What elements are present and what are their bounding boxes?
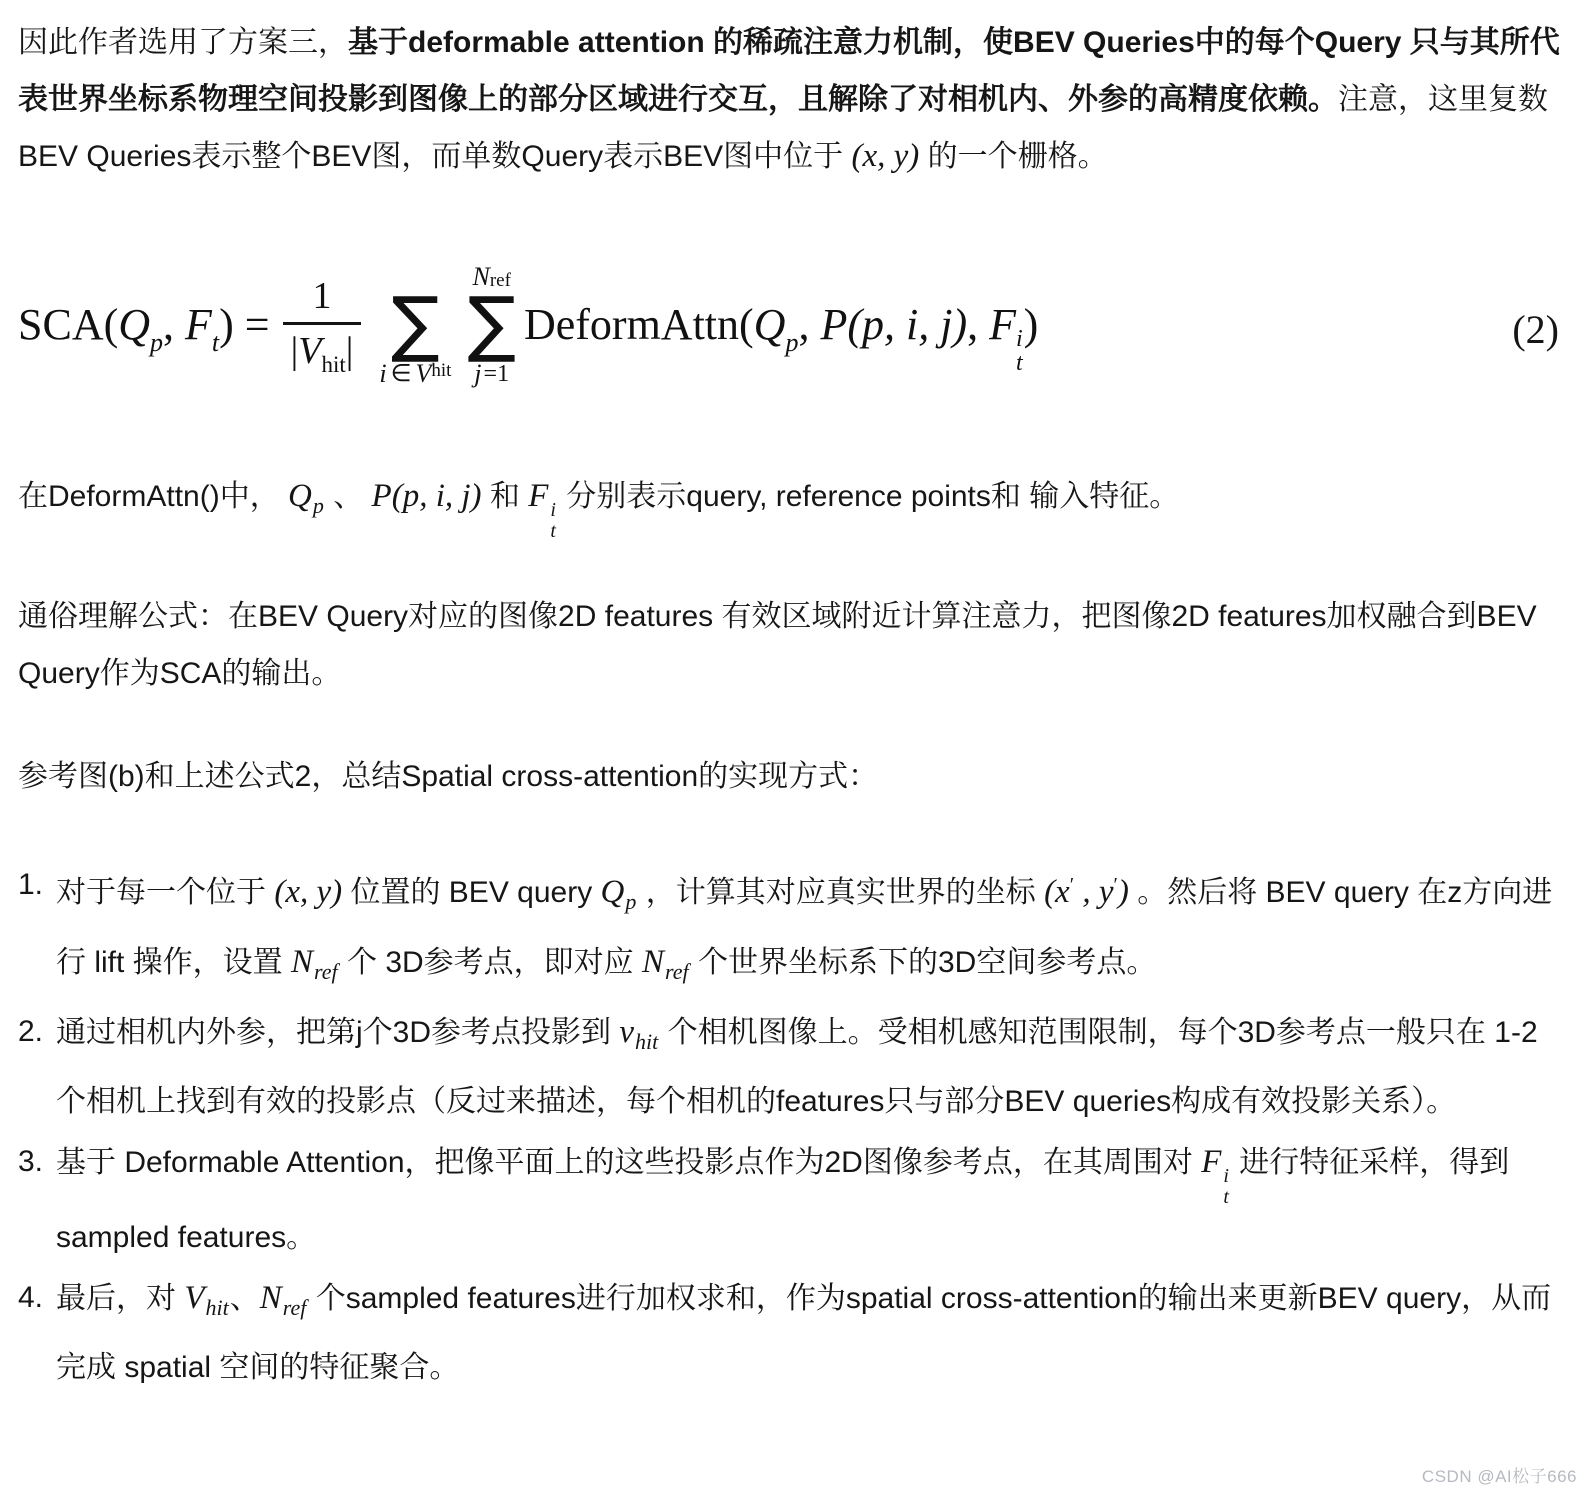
eq-f-subscript: t xyxy=(1016,351,1023,375)
eq-lhs-fn: SCA( xyxy=(18,301,118,350)
text-run: N xyxy=(260,1280,282,1316)
text-run: hit xyxy=(206,1295,229,1320)
text-run: (x, y) xyxy=(274,874,342,910)
text-run: v xyxy=(619,1014,634,1050)
text-run: , y xyxy=(1074,874,1113,910)
eq-q-symbol: Q xyxy=(118,301,150,350)
vhit-subscript: hit xyxy=(321,352,345,377)
text-run: ref xyxy=(665,959,689,984)
fraction-numerator: 1 xyxy=(304,276,339,322)
step-index: 4. xyxy=(18,1268,56,1398)
text-run: ，计算其对应真实世界的坐标 xyxy=(637,876,1044,909)
text-run: 、 xyxy=(325,480,372,513)
text-run: 、 xyxy=(230,1282,260,1315)
text-run: N xyxy=(642,944,664,980)
step-text: 基于 Deformable Attention，把像平面上的这些投影点作为2D图… xyxy=(56,1132,1573,1268)
text-run: 个世界坐标系下的3D空间参考点。 xyxy=(690,946,1157,979)
equation-block: SCA(Qp, Ft) = 1|Vhit|∑i∈VhitNref∑j=1Defo… xyxy=(18,237,1573,422)
eq-f-superscript: i xyxy=(1016,327,1023,351)
text-run: N xyxy=(291,944,313,980)
step-text: 最后，对 Vhit、Nref 个sampled features进行加权求和，作… xyxy=(56,1268,1573,1398)
text-run: 基于 Deformable Attention，把像平面上的这些投影点作为2D图… xyxy=(56,1146,1201,1179)
text-run: p xyxy=(625,889,636,914)
text-run: V xyxy=(184,1280,204,1316)
text-run: Q xyxy=(601,874,625,910)
step-text: 对于每一个位于 (x, y) 位置的 BEV query Qp ，计算其对应真实… xyxy=(56,855,1573,1002)
sigma-icon: ∑ xyxy=(467,290,516,356)
text-run: 的一个栅格。 xyxy=(919,140,1107,173)
text-run: 参考图(b)和上述公式2，总结Spatial cross-attention的实… xyxy=(18,760,878,793)
text-run: 对于每一个位于 xyxy=(56,876,274,909)
step-item-2: 2. 通过相机内外参，把第j个3D参考点投影到 vhit 个相机图像上。受相机感… xyxy=(18,1002,1573,1132)
csdn-watermark: CSDN @AI松子666 xyxy=(1422,1462,1577,1487)
sigma-icon: ∑ xyxy=(391,290,440,356)
steps-list: 1. 对于每一个位于 (x, y) 位置的 BEV query Qp ，计算其对… xyxy=(18,855,1573,1398)
eq-comma: , xyxy=(163,301,185,350)
text-run: 最后，对 xyxy=(56,1282,184,1315)
paragraph-plain-explanation: 通俗理解公式：在BEV Query对应的图像2D features 有效区域附近… xyxy=(18,588,1573,702)
equation-sca: SCA(Qp, Ft) = 1|Vhit|∑i∈VhitNref∑j=1Defo… xyxy=(18,256,1038,402)
eq-f-symbol: F xyxy=(989,301,1016,350)
text-run: ) xyxy=(1118,874,1129,910)
text-run: hit xyxy=(635,1029,658,1054)
text-run: 因此作者选用了方案三， xyxy=(18,26,348,59)
text-run: it xyxy=(550,500,556,542)
step-item-3: 3. 基于 Deformable Attention，把像平面上的这些投影点作为… xyxy=(18,1132,1573,1268)
fraction-one-over-vhit: 1|Vhit| xyxy=(283,276,362,377)
eq-deformattn-fn: DeformAttn( xyxy=(524,301,754,350)
text-run: 位置的 BEV query xyxy=(342,876,600,909)
eq-p-args: (p, i, j) xyxy=(847,301,967,350)
step-item-4: 4. 最后，对 Vhit、Nref 个sampled features进行加权求… xyxy=(18,1268,1573,1398)
text-run: ref xyxy=(283,1295,307,1320)
fraction-denominator: |Vhit| xyxy=(283,322,362,377)
vhit-symbol: V xyxy=(298,330,321,372)
equation-number: (2) xyxy=(1512,306,1573,353)
text-run: (x, y) xyxy=(852,138,920,174)
eq-f-symbol: F xyxy=(185,301,212,350)
paragraph-deformattn-note: 在DeformAttn()中， Qp 、 P(p, i, j) 和 Fit 分别… xyxy=(18,468,1573,542)
article-body: 因此作者选用了方案三，基于deformable attention 的稀疏注意力… xyxy=(0,0,1593,1508)
text-run: 和 xyxy=(482,480,529,513)
eq-q-subscript: p xyxy=(785,329,798,358)
text-run: 通过相机内外参，把第j个3D参考点投影到 xyxy=(56,1016,619,1049)
paragraph-intro: 因此作者选用了方案三，基于deformable attention 的稀疏注意力… xyxy=(18,8,1573,185)
step-item-1: 1. 对于每一个位于 (x, y) 位置的 BEV query Qp ，计算其对… xyxy=(18,855,1573,1002)
paragraph-summary-lead: 参考图(b)和上述公式2，总结Spatial cross-attention的实… xyxy=(18,748,1573,805)
text-run: 通俗理解公式：在BEV Query对应的图像2D features 有效区域附近… xyxy=(18,600,1537,690)
text-run: 分别表示query, reference points和 输入特征。 xyxy=(558,480,1179,513)
text-run: Q xyxy=(288,478,312,514)
eq-comma: , xyxy=(798,301,820,350)
eq-q-symbol: Q xyxy=(754,301,786,350)
text-run: 在DeformAttn()中， xyxy=(18,480,288,513)
eq-comma: , xyxy=(967,301,989,350)
text-run: F xyxy=(528,478,548,514)
sum-lower-limit: i∈Vhit xyxy=(379,361,451,397)
text-run: (x xyxy=(1044,874,1070,910)
text-run: ref xyxy=(314,959,338,984)
text-run: F xyxy=(1201,1144,1221,1180)
step-index: 1. xyxy=(18,855,56,1002)
sum-over-vhit: ∑i∈Vhit xyxy=(379,256,451,396)
text-run: it xyxy=(1223,1166,1229,1208)
text-run: 个 3D参考点，即对应 xyxy=(339,946,642,979)
sum-lower-limit: j=1 xyxy=(474,361,509,397)
text-run: P(p, i, j) xyxy=(372,478,482,514)
text-run: p xyxy=(313,493,324,518)
eq-q-subscript: p xyxy=(150,329,163,358)
eq-f-supsub: it xyxy=(1016,327,1023,375)
step-text: 通过相机内外参，把第j个3D参考点投影到 vhit 个相机图像上。受相机感知范围… xyxy=(56,1002,1573,1132)
eq-equals: ) = xyxy=(219,301,280,350)
eq-p-cal-symbol: P xyxy=(820,301,847,350)
step-index: 2. xyxy=(18,1002,56,1132)
bar-right: | xyxy=(346,330,354,372)
step-index: 3. xyxy=(18,1132,56,1268)
sum-over-nref: Nref∑j=1 xyxy=(467,256,516,396)
eq-close-paren: ) xyxy=(1024,301,1039,350)
